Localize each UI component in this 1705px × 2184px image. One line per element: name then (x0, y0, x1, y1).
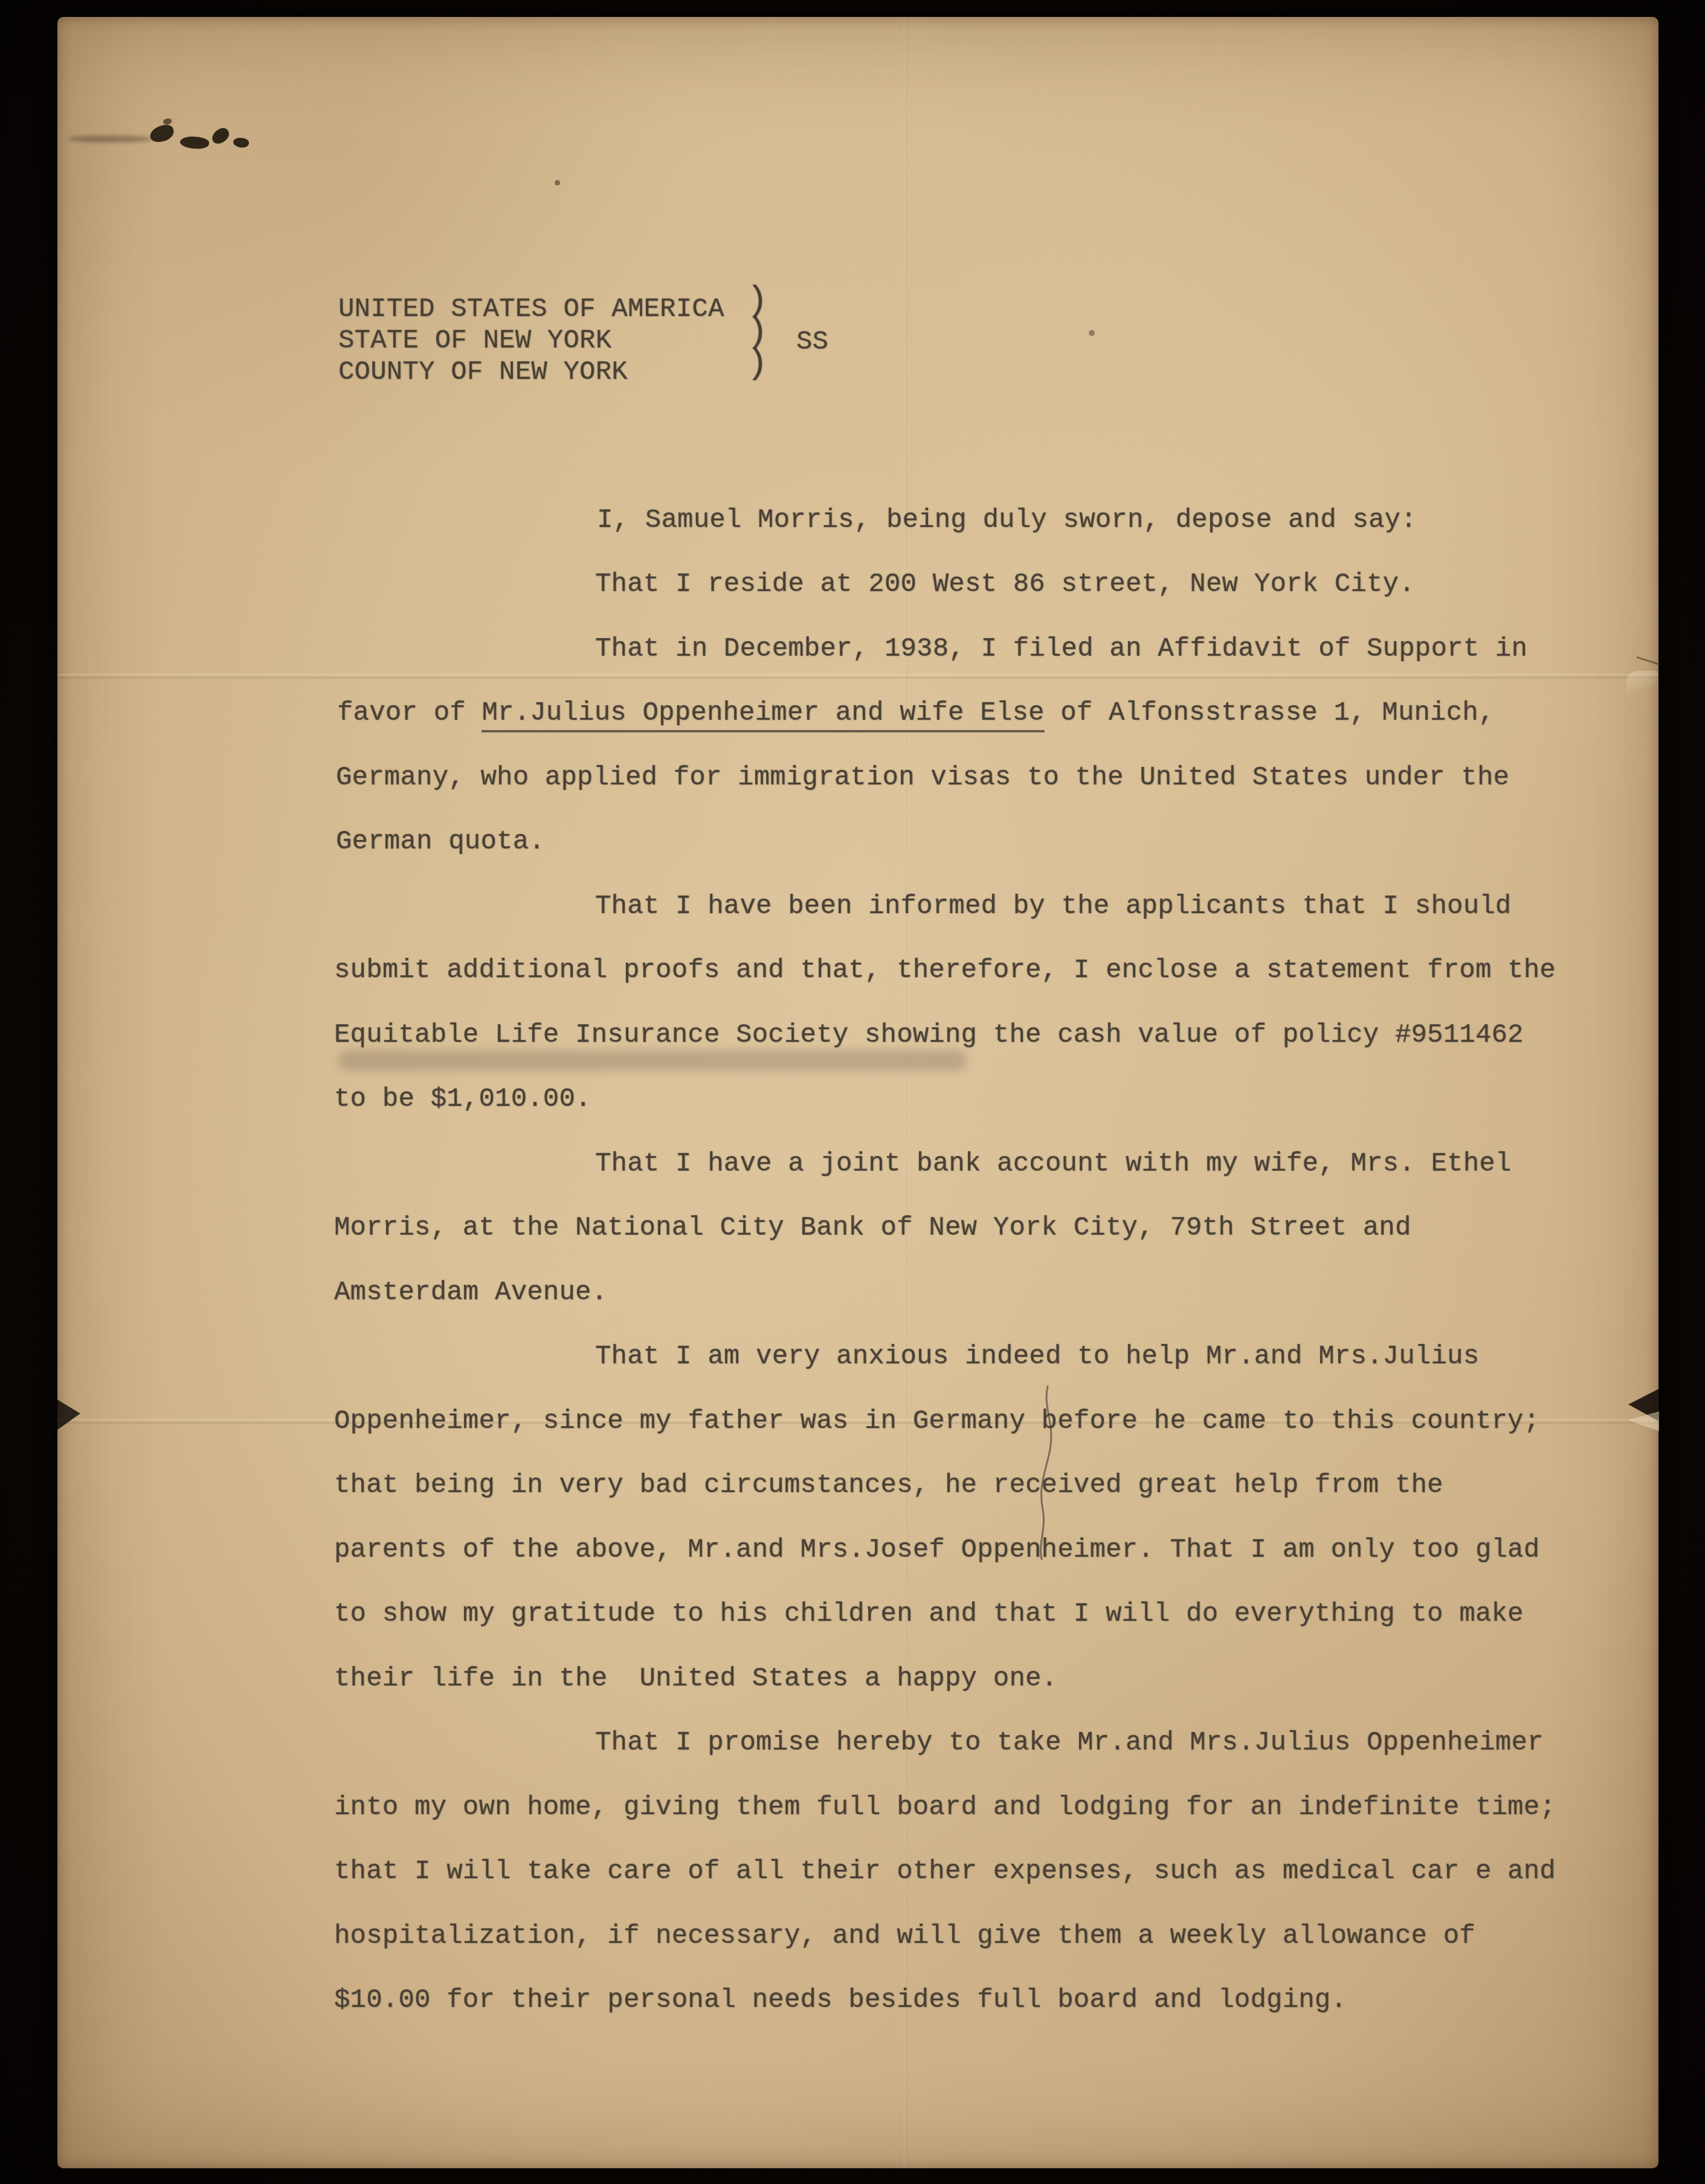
line-text: German quota. (336, 827, 545, 857)
line-text: SS (796, 327, 828, 357)
document-line: to be $1,010.00. (334, 1084, 591, 1115)
line-text: of Alfonsstrasse 1, Munich, (1045, 698, 1495, 728)
document-line: Equitable Life Insurance Society showing… (334, 1019, 1524, 1051)
line-text: to be $1,010.00. (334, 1084, 591, 1114)
document-line: That I have a joint bank account with my… (595, 1148, 1511, 1180)
document-line: submit additional proofs and that, there… (334, 955, 1556, 986)
document-line: That I promise hereby to take Mr.and Mrs… (595, 1727, 1544, 1759)
line-text: into my own home, giving them full board… (334, 1792, 1556, 1823)
document-line: That I am very anxious indeed to help Mr… (595, 1341, 1479, 1372)
venue-line: STATE OF NEW YORK (338, 325, 611, 357)
document-line: into my own home, giving them full board… (334, 1792, 1556, 1823)
line-text: Amsterdam Avenue. (334, 1278, 607, 1308)
line-text: Oppenheimer, since my father was in Germ… (334, 1406, 1539, 1436)
document-line: Oppenheimer, since my father was in Germ… (334, 1406, 1539, 1437)
line-text: That I promise hereby to take Mr.and Mrs… (595, 1728, 1544, 1758)
document-line: hospitalization, if necessary, and will … (334, 1921, 1475, 1952)
line-text: Equitable Life Insurance Society showing… (334, 1020, 1524, 1050)
document-line: parents of the above, Mr.and Mrs.Josef O… (334, 1534, 1539, 1566)
line-text: That I have a joint bank account with my… (595, 1149, 1511, 1179)
document-line: their life in the United States a happy … (334, 1663, 1057, 1695)
scanned-document-view: { "colors":{ "background":"#0a0604", "pa… (0, 0, 1705, 2184)
line-text: parents of the above, Mr.and Mrs.Josef O… (334, 1535, 1539, 1565)
venue-line: COUNTY OF NEW YORK (338, 357, 628, 388)
ss-label: SS (796, 326, 828, 358)
document-line: That I reside at 200 West 86 street, New… (595, 569, 1415, 600)
document-line: to show my gratitude to his children and… (334, 1598, 1524, 1630)
line-text: to show my gratitude to his children and… (334, 1599, 1524, 1629)
venue-line: UNITED STATES OF AMERICA (338, 294, 724, 325)
document-line: Germany, who applied for immigration vis… (336, 762, 1509, 793)
document-line: $10.00 for their personal needs besides … (334, 1985, 1347, 2016)
line-text: favor of (337, 698, 482, 728)
document-line: that I will take care of all their other… (334, 1856, 1556, 1887)
line-text: STATE OF NEW YORK (338, 326, 611, 356)
line-text: That I have been informed by the applica… (595, 891, 1511, 922)
line-text: UNITED STATES OF AMERICA (338, 294, 724, 325)
line-text: That I am very anxious indeed to help Mr… (595, 1342, 1479, 1372)
document-line: German quota. (336, 826, 545, 858)
line-text: Morris, at the National City Bank of New… (334, 1213, 1411, 1243)
line-text: I, Samuel Morris, being duly sworn, depo… (597, 505, 1417, 535)
document-line: Amsterdam Avenue. (334, 1277, 607, 1308)
line-text: their life in the United States a happy … (334, 1664, 1057, 1694)
document-line: that being in very bad circumstances, he… (334, 1470, 1443, 1501)
line-text: $10.00 for their personal needs besides … (334, 1985, 1347, 2015)
document-line: I, Samuel Morris, being duly sworn, depo… (597, 505, 1417, 536)
line-text: That in December, 1938, I filed an Affid… (595, 634, 1527, 664)
venue-bracket: ) (747, 347, 768, 382)
typewritten-text-layer: UNITED STATES OF AMERICASTATE OF NEW YOR… (0, 0, 1705, 2184)
line-text: COUNTY OF NEW YORK (338, 357, 628, 387)
document-line: That in December, 1938, I filed an Affid… (595, 633, 1527, 665)
line-text: submit additional proofs and that, there… (334, 955, 1556, 986)
document-line: favor of Mr.Julius Oppenheimer and wife … (337, 697, 1495, 729)
line-text: That I reside at 200 West 86 street, New… (595, 569, 1415, 599)
line-text: that being in very bad circumstances, he… (334, 1470, 1443, 1501)
document-line: Morris, at the National City Bank of New… (334, 1212, 1411, 1244)
line-text: that I will take care of all their other… (334, 1856, 1556, 1887)
document-line: That I have been informed by the applica… (595, 891, 1511, 922)
line-text: Germany, who applied for immigration vis… (336, 763, 1509, 793)
underlined-name-text: Mr.Julius Oppenheimer and wife Else (482, 698, 1044, 732)
line-text: ) (747, 344, 768, 384)
line-text: hospitalization, if necessary, and will … (334, 1921, 1475, 1951)
